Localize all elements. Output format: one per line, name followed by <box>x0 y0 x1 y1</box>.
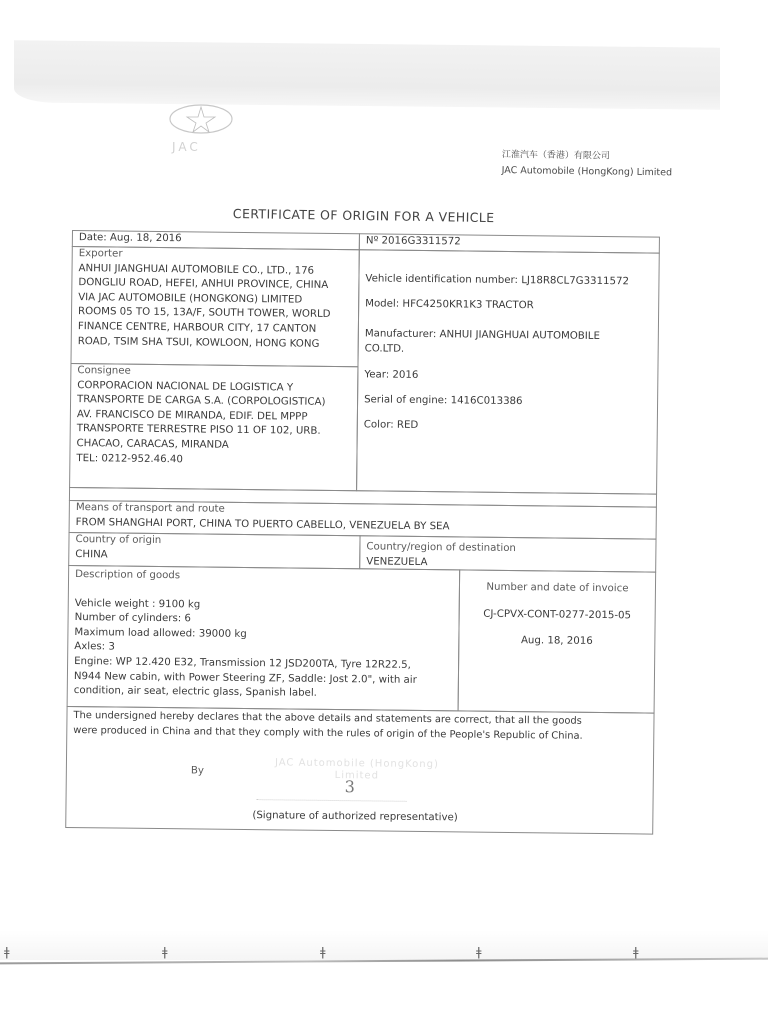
destination-cell: Country/region of destination VENEZUELA <box>359 535 656 572</box>
manufacturer-field-cont: CO.LTD. <box>365 342 652 360</box>
signature-mark: 3 <box>345 780 355 795</box>
binder-clip-icon: ǂ <box>4 942 12 962</box>
company-stamp: JAC Automobile (HongKong) Limited <box>272 757 442 789</box>
company-name-en: JAC Automobile (HongKong) Limited <box>502 163 673 181</box>
signature-caption: (Signature of authorized representative) <box>252 809 458 826</box>
binder-clip-icon: ǂ <box>476 942 484 962</box>
year-field: Year: 2016 <box>364 369 651 387</box>
certificate-form: Date: Aug. 18, 2016 Nº 2016G3311572 Expo… <box>65 230 660 863</box>
document-title: CERTIFICATE OF ORIGIN FOR A VEHICLE <box>233 206 495 225</box>
invoice-label: Number and date of invoice <box>466 580 649 597</box>
engine-serial-field: Serial of engine: 1416C013386 <box>364 393 651 411</box>
scan-shadow-band <box>14 40 720 109</box>
date-field: Date: Aug. 18, 2016 <box>79 232 182 244</box>
declaration-cell: The undersigned hereby declares that the… <box>65 706 654 835</box>
exporter-cell: Exporter ANHUI JIANGHUAI AUTOMOBILE CO.,… <box>70 246 359 367</box>
logo-text: JAC <box>172 140 201 154</box>
jac-star-logo-icon <box>167 101 235 141</box>
consignee-cell: Consignee CORPORACION NACIONAL DE LOGIST… <box>69 363 358 491</box>
goods-cell: Description of goods Vehicle weight : 91… <box>67 565 461 711</box>
invoice-cell: Number and date of invoice CJ-CPVX-CONT-… <box>458 569 657 713</box>
exporter-line: ROAD, TSIM SHA TSUI, KOWLOON, HONG KONG <box>78 335 352 353</box>
model-field: Model: HFC4250KR1K3 TRACTOR <box>365 297 652 315</box>
certificate-number: Nº 2016G3311572 <box>366 235 461 247</box>
signature-line <box>257 799 407 802</box>
invoice-date: Aug. 18, 2016 <box>465 634 648 651</box>
binder-clip-icon: ǂ <box>320 942 328 962</box>
vehicle-details-cell: Vehicle identification number: LJ18R8CL7… <box>356 249 660 494</box>
goods-label: Description of goods <box>75 568 453 587</box>
consignee-line: TEL: 0212-952.46.40 <box>76 452 350 470</box>
by-label: By <box>191 764 204 779</box>
origin-value: CHINA <box>75 548 353 566</box>
invoice-number: CJ-CPVX-CONT-0277-2015-05 <box>466 607 649 624</box>
vin-field: Vehicle identification number: LJ18R8CL7… <box>365 272 652 290</box>
color-field: Color: RED <box>364 418 651 436</box>
binder-shadow <box>0 930 768 960</box>
company-header: 江淮汽车（香港）有限公司 JAC Automobile (HongKong) L… <box>502 147 673 181</box>
origin-cell: Country of origin CHINA <box>68 532 360 569</box>
binder-clip-icon: ǂ <box>633 942 641 962</box>
binder-clip-icon: ǂ <box>162 942 170 962</box>
